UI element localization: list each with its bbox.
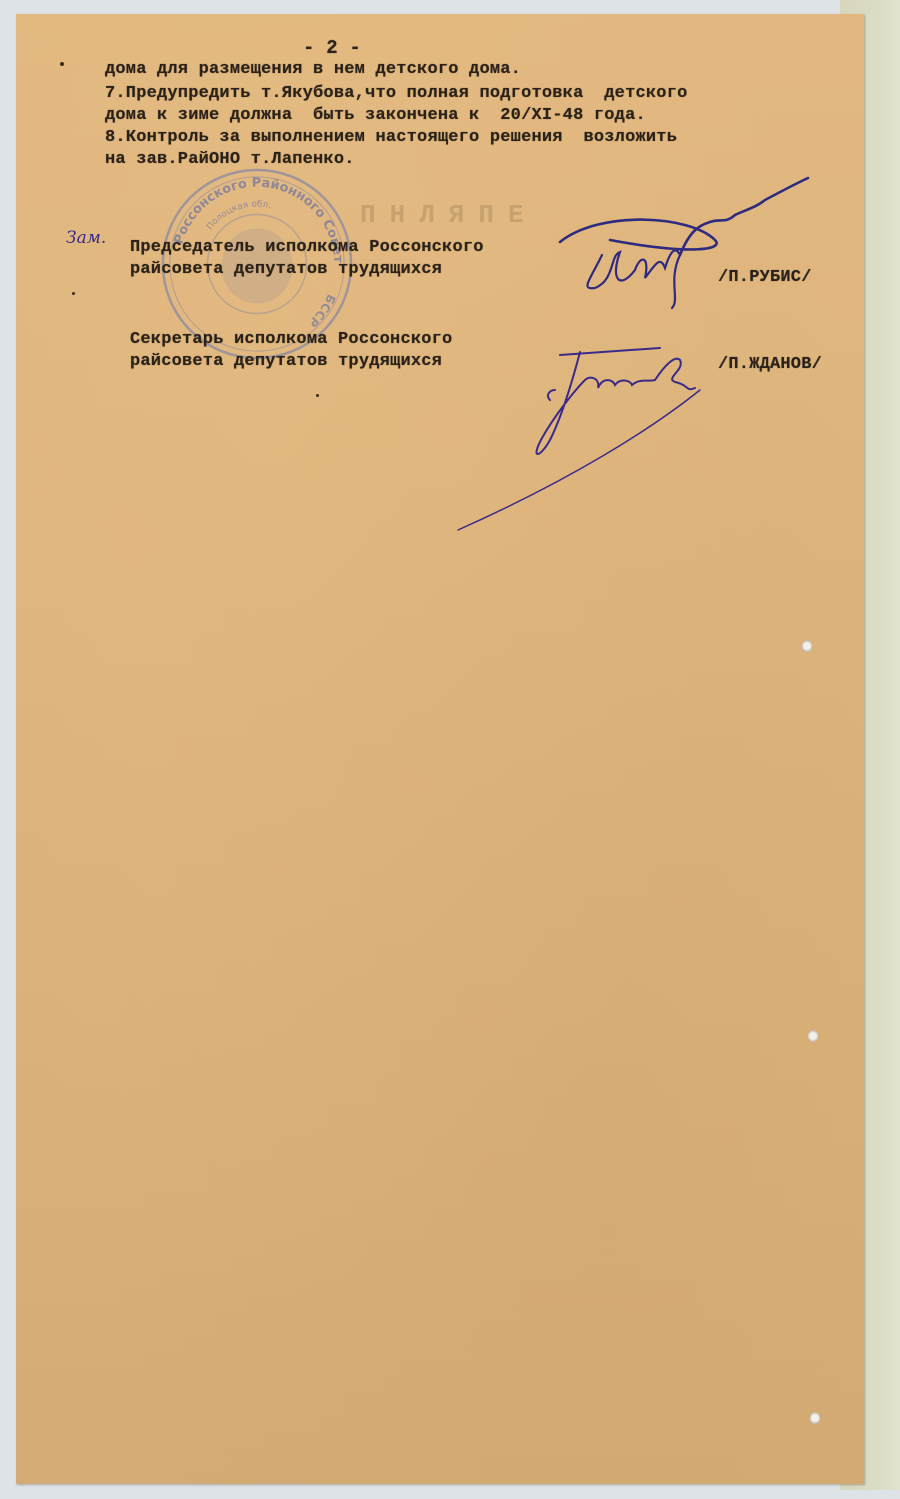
paper-speck xyxy=(72,292,75,295)
ghost-text: ПНЛЯПЕ xyxy=(360,200,538,230)
binding-hole-1 xyxy=(802,640,812,652)
body-line-1: дома для размещения в нем детского дома. xyxy=(105,60,521,80)
deputy-annotation: Зам. xyxy=(66,228,106,248)
secretary-title-line-1: Секретарь исполкома Россонского xyxy=(130,330,452,350)
secretary-signature-icon xyxy=(450,330,730,540)
page-number: - 2 - xyxy=(303,38,361,58)
body-line-4: 8.Контроль за выполнением настоящего реш… xyxy=(105,128,677,148)
svg-text:БССР: БССР xyxy=(306,292,339,330)
svg-text:Полоцкая обл.: Полоцкая обл. xyxy=(205,200,272,233)
binding-hole-3 xyxy=(810,1412,820,1424)
stamp-bottom-text: БССР xyxy=(306,292,339,330)
paper-speck xyxy=(60,62,64,66)
secretary-name: /П.ЖДАНОВ/ xyxy=(718,355,822,375)
secretary-title-line-2: райсовета депутатов трудящихся xyxy=(130,352,442,372)
body-line-2: 7.Предупредить т.Якубова,что полная подг… xyxy=(105,84,688,104)
chairman-signature-icon xyxy=(540,160,820,310)
binding-hole-2 xyxy=(808,1030,818,1042)
chairman-title-line-1: Председатель исполкома Россонского xyxy=(130,238,484,258)
chairman-title-line-2: райсовета депутатов трудящихся xyxy=(130,260,442,280)
body-line-3: дома к зиме должна быть закончена к 20/X… xyxy=(105,106,646,126)
stamp-inner-text: Полоцкая обл. xyxy=(205,200,272,233)
paper-speck xyxy=(316,394,319,397)
